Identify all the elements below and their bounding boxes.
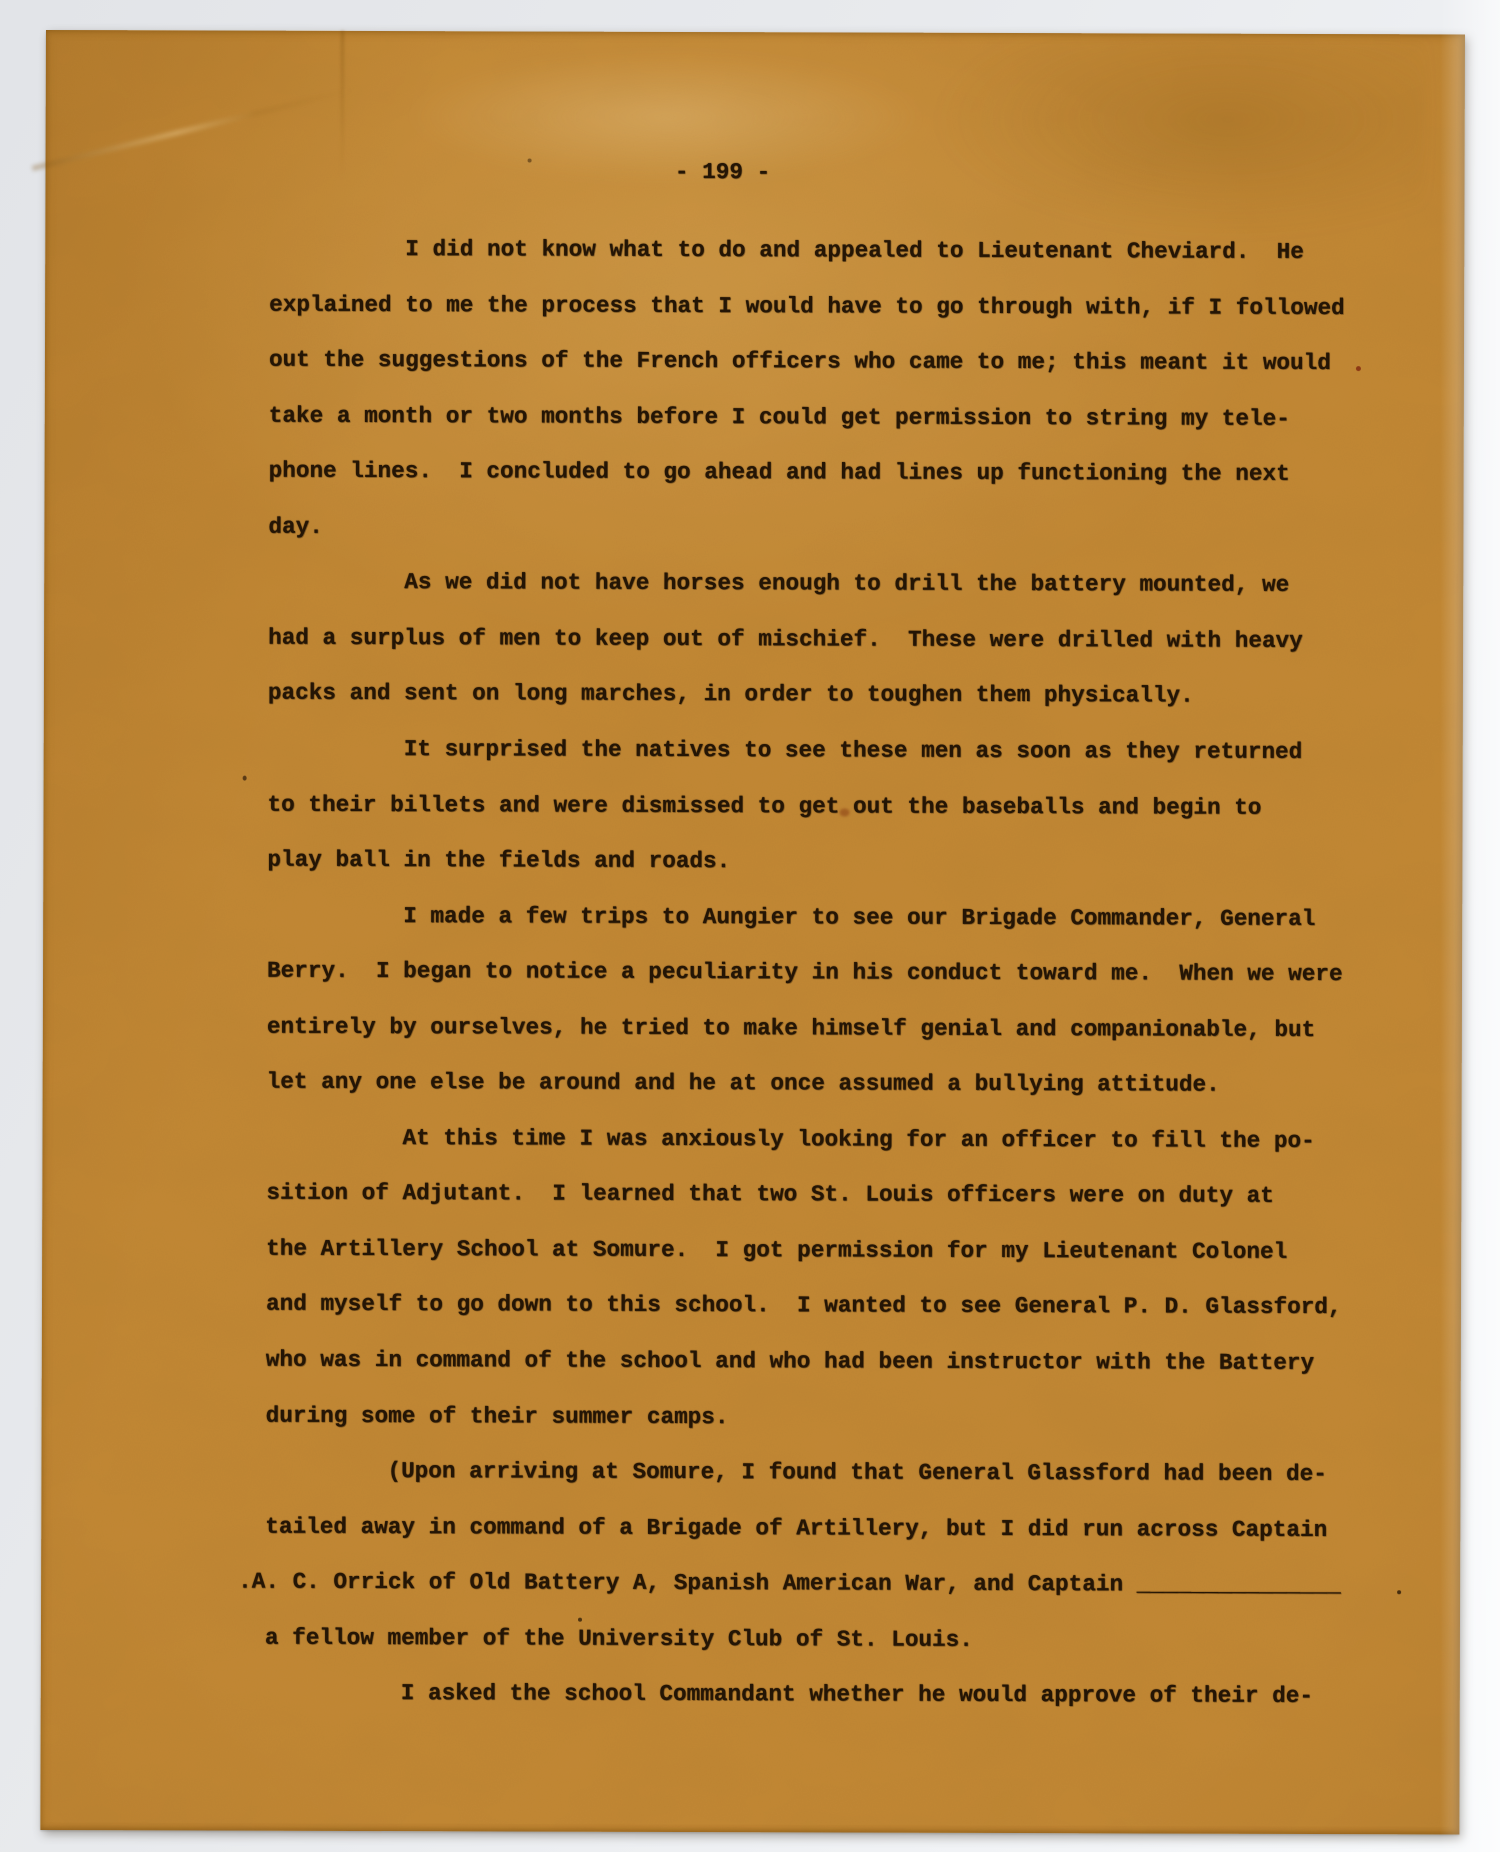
text-line: let any one else be around and he at onc… — [267, 1067, 1220, 1100]
text-line: explained to me the process that I would… — [269, 289, 1345, 322]
typewritten-text-layer: I did not know what to do and appealed t… — [40, 30, 1465, 1834]
text-line: At this time I was anxiously looking for… — [266, 1122, 1314, 1155]
scanner-background: - 199 - I did not know what to do and ap… — [0, 0, 1500, 1852]
text-line: take a month or two months before I coul… — [269, 400, 1290, 433]
text-line: I asked the school Commandant whether he… — [265, 1678, 1313, 1711]
document-page: - 199 - I did not know what to do and ap… — [40, 30, 1465, 1834]
text-line: (Upon arriving at Somure, I found that G… — [251, 1456, 1327, 1489]
text-line: had a surplus of men to keep out of misc… — [268, 623, 1303, 656]
text-line: sition of Adjutant. I learned that two S… — [266, 1178, 1274, 1211]
text-line: and myself to go down to this school. I … — [266, 1289, 1342, 1322]
text-line: phone lines. I concluded to go ahead and… — [269, 456, 1290, 489]
text-line: Berry. I began to notice a peculiarity i… — [267, 956, 1343, 989]
text-line: a fellow member of the University Club o… — [265, 1622, 973, 1654]
text-line: .A. C. Orrick of Old Battery A, Spanish … — [238, 1567, 1341, 1600]
text-line: to their billets and were dismissed to g… — [268, 789, 1262, 822]
text-line: packs and sent on long marches, in order… — [268, 678, 1194, 711]
text-line: I did not know what to do and appealed t… — [269, 234, 1304, 267]
text-line: the Artillery School at Somure. I got pe… — [266, 1234, 1287, 1267]
text-line: play ball in the fields and roads. — [267, 845, 730, 876]
text-line: day. — [268, 511, 323, 541]
text-line: tailed away in command of a Brigade of A… — [265, 1511, 1327, 1544]
text-line: during some of their summer camps. — [266, 1400, 729, 1431]
text-line: who was in command of the school and who… — [266, 1345, 1314, 1378]
text-line: out the suggestions of the French office… — [269, 345, 1331, 378]
text-line: As we did not have horses enough to dril… — [268, 567, 1289, 600]
text-line: It surprised the natives to see these me… — [268, 734, 1303, 767]
text-line: I made a few trips to Aungier to see our… — [267, 900, 1315, 933]
text-line: entirely by ourselves, he tried to make … — [267, 1011, 1315, 1044]
